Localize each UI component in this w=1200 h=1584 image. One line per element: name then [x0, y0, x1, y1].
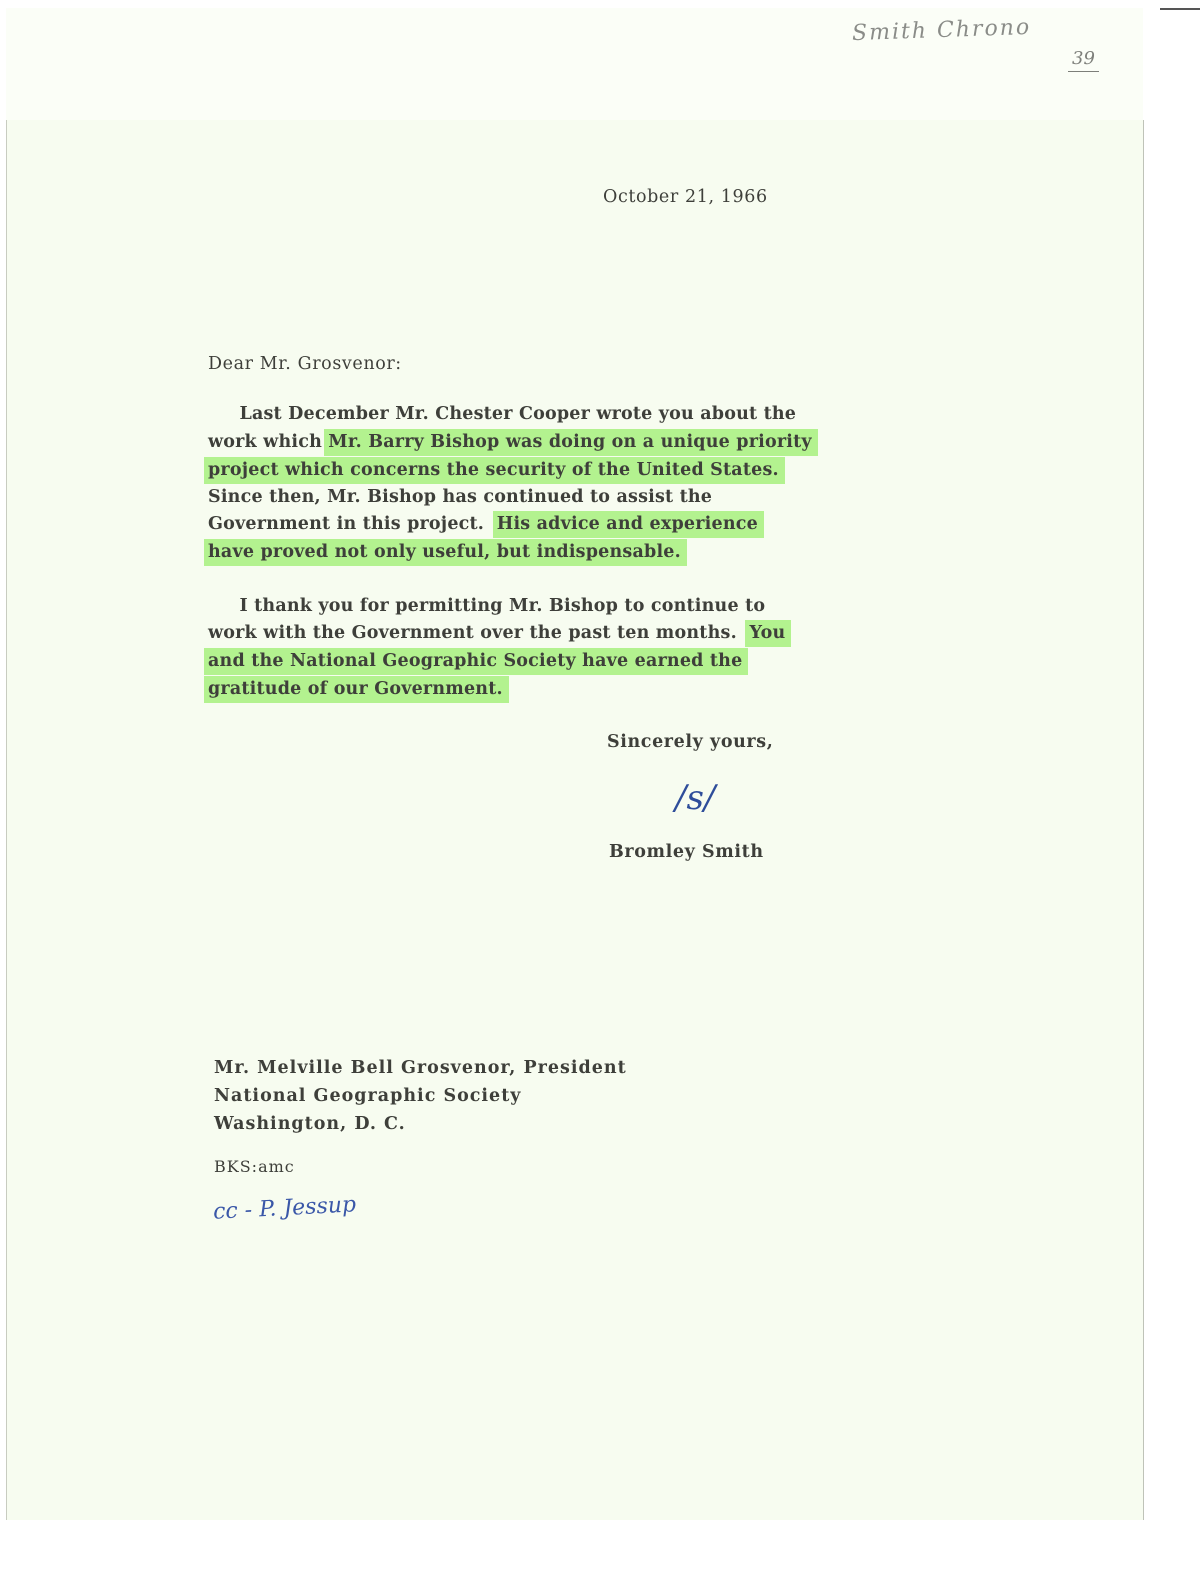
address-line: National Geographic Society: [214, 1086, 521, 1106]
line-text: Government in this project.: [208, 514, 497, 534]
highlighted-text: His advice and experience: [493, 511, 764, 538]
salutation: Dear Mr. Grosvenor:: [208, 354, 402, 374]
highlighted-text: You: [745, 620, 791, 647]
letter-sheet: [6, 8, 1143, 1520]
highlighted-text: and the National Geographic Society have…: [204, 648, 748, 675]
highlighted-text: project which concerns the security of t…: [204, 457, 785, 484]
line-text: Last December Mr. Chester Cooper wrote y…: [208, 404, 796, 424]
sheet-right-edge: [1143, 120, 1144, 1520]
sheet-left-edge: [6, 120, 7, 1520]
sheet-edge-line: [1160, 8, 1200, 10]
address-line: Mr. Melville Bell Grosvenor, President: [214, 1058, 627, 1078]
highlighted-text: gratitude of our Government.: [204, 676, 509, 703]
paragraph-line: Since then, Mr. Bishop has continued to …: [208, 487, 712, 507]
letter-date: October 21, 1966: [603, 187, 768, 207]
paragraph-line: Government in this project. His advice a…: [208, 514, 764, 534]
paragraph-line: I thank you for permitting Mr. Bishop to…: [208, 596, 765, 616]
line-text: work which: [208, 432, 328, 452]
line-text: work with the Government over the past t…: [208, 623, 749, 643]
handwritten-page-number: 39: [1068, 48, 1099, 72]
signer-name: Bromley Smith: [609, 842, 764, 862]
line-text: Since then, Mr. Bishop has continued to …: [208, 487, 712, 507]
closing: Sincerely yours,: [607, 732, 773, 752]
paragraph-line: Last December Mr. Chester Cooper wrote y…: [208, 404, 796, 424]
paragraph-line: have proved not only useful, but indispe…: [208, 542, 687, 562]
signature-mark: /s/: [675, 778, 715, 818]
reference-initials: BKS:amc: [214, 1157, 295, 1176]
paragraph-line: work which Mr. Barry Bishop was doing on…: [208, 432, 818, 452]
line-text: I thank you for permitting Mr. Bishop to…: [208, 596, 765, 616]
address-line: Washington, D. C.: [214, 1114, 406, 1134]
paragraph-line: and the National Geographic Society have…: [208, 651, 748, 671]
highlighted-text: Mr. Barry Bishop was doing on a unique p…: [324, 429, 817, 456]
paragraph-line: gratitude of our Government.: [208, 679, 509, 699]
paragraph-line: project which concerns the security of t…: [208, 460, 785, 480]
paragraph-line: work with the Government over the past t…: [208, 623, 791, 643]
highlighted-text: have proved not only useful, but indispe…: [204, 539, 687, 566]
